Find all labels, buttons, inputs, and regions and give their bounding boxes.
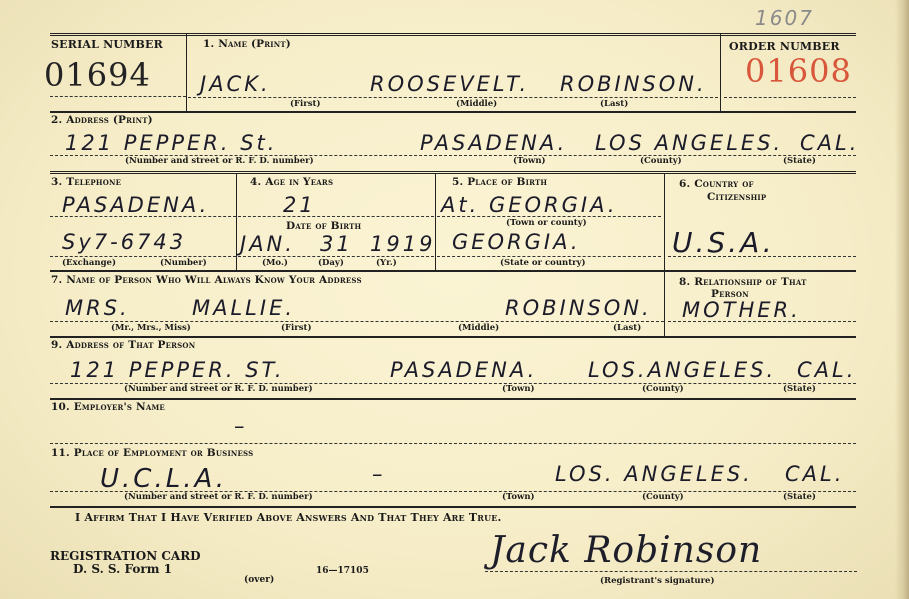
- contact-address-county: LOS.ANGELES.: [588, 358, 776, 382]
- sub-first: (First): [290, 99, 321, 109]
- sub-day: (Day): [318, 258, 344, 268]
- sub-exchange: (Exchange): [62, 258, 116, 268]
- telephone-label: 3. Telephone: [51, 176, 121, 188]
- rule: [50, 336, 856, 338]
- rule: [50, 398, 856, 400]
- top-rule: [50, 33, 856, 37]
- dash: [238, 216, 434, 217]
- contact-label: 7. Name of Person Who Will Always Know Y…: [51, 274, 362, 286]
- age-value: 21: [283, 193, 316, 217]
- birthplace-town: At. GEORGIA.: [441, 193, 618, 217]
- registration-card: 1607 SERIAL NUMBER 01694 1. Name (Print)…: [0, 0, 909, 599]
- dash: [437, 256, 661, 257]
- employment-town: –: [372, 462, 386, 486]
- dob-month: JAN.: [240, 232, 295, 256]
- order-number-value: 01608: [745, 52, 852, 90]
- dash: [50, 216, 236, 217]
- over-note: (over): [244, 575, 274, 585]
- card-edge-shadow: [895, 0, 909, 599]
- address-state: CAL.: [800, 131, 859, 155]
- telephone-number: Sy7-6743: [62, 230, 186, 254]
- contact-address-label: 9. Address of That Person: [51, 339, 195, 351]
- employer-value: –: [234, 414, 248, 438]
- sub-last: (Last): [600, 99, 628, 109]
- citizenship-value: U.S.A.: [672, 226, 775, 259]
- employment-street: U.C.L.A.: [100, 464, 227, 494]
- rule: [50, 171, 856, 175]
- name-dash: [188, 97, 718, 98]
- card-title: REGISTRATION CARD: [50, 549, 201, 563]
- dash: [50, 321, 664, 322]
- serial-dash: [50, 96, 186, 97]
- dash: [668, 321, 856, 322]
- affirmation-text: I Affirm That I Have Verified Above Answ…: [75, 511, 502, 524]
- sub-town: (Town): [513, 156, 546, 166]
- form-number: D. S. S. Form 1: [73, 562, 172, 576]
- contact-title: MRS.: [65, 296, 130, 320]
- sub-street: (Number and street or R. F. D. number): [125, 156, 314, 166]
- employer-label: 10. Employer's Name: [51, 401, 165, 413]
- contact-first: MALLIE.: [192, 296, 295, 320]
- address-label: 2. Address (Print): [51, 114, 153, 126]
- order-dash: [724, 97, 856, 98]
- rule: [50, 270, 856, 272]
- citizenship-label-2: Citizenship: [707, 191, 766, 203]
- sub-state-or-country: (State or country): [500, 258, 586, 268]
- age-label: 4. Age in Years: [250, 176, 333, 188]
- employment-county: LOS. ANGELES.: [555, 462, 753, 486]
- sub-street: (Number and street or R. F. D. number): [124, 492, 313, 502]
- sub-town: (Town): [502, 384, 535, 394]
- sub-state: (State): [783, 492, 816, 502]
- dob-year: 1919: [370, 232, 435, 256]
- name-middle: ROOSEVELT.: [370, 72, 529, 96]
- divider: [236, 174, 237, 270]
- dob-day: 31: [320, 232, 353, 256]
- sub-last: (Last): [613, 323, 641, 333]
- sub-county: (County): [642, 384, 684, 394]
- dash: [50, 256, 236, 257]
- sub-county: (County): [640, 156, 682, 166]
- sub-state: (State): [783, 156, 816, 166]
- registrant-signature: Jack Robinson: [490, 530, 762, 571]
- rule: [50, 111, 856, 113]
- employment-label: 11. Place of Employment or Business: [51, 447, 253, 459]
- address-county: LOS ANGELES.: [595, 131, 783, 155]
- citizenship-label: 6. Country of: [679, 178, 754, 190]
- sub-middle: (Middle): [456, 99, 497, 109]
- divider: [186, 34, 187, 111]
- sub-middle: (Middle): [458, 323, 499, 333]
- birthplace-label: 5. Place of Birth: [452, 176, 547, 188]
- birthplace-state: GEORGIA.: [452, 230, 581, 254]
- contact-last: ROBINSON.: [505, 296, 652, 320]
- contact-address-state: CAL.: [797, 358, 856, 382]
- rule: [50, 506, 856, 508]
- sub-town-or-county: (Town or county): [506, 218, 587, 228]
- dash: [437, 216, 661, 217]
- relationship-value: MOTHER.: [682, 298, 801, 322]
- sub-number: (Number): [160, 258, 207, 268]
- signature-label: (Registrant's signature): [600, 576, 714, 586]
- dash: [668, 256, 856, 257]
- telephone-exchange-name: PASADENA.: [62, 193, 209, 217]
- relationship-label: 8. Relationship of That: [679, 276, 807, 288]
- address-street: 121 PEPPER. St.: [65, 131, 277, 155]
- sub-title: (Mr., Mrs., Miss): [111, 323, 191, 333]
- divider: [664, 174, 665, 270]
- print-code: 16—17105: [316, 566, 369, 576]
- name-last: ROBINSON.: [560, 72, 707, 96]
- employment-state: CAL.: [785, 462, 844, 486]
- serial-number-value: 01694: [44, 56, 151, 94]
- sub-town: (Town): [502, 492, 535, 502]
- name-first: JACK.: [200, 72, 271, 96]
- signature-dash: [485, 571, 857, 572]
- sub-county: (County): [642, 492, 684, 502]
- dob-label: Date of Birth: [286, 220, 361, 232]
- sub-first: (First): [281, 323, 312, 333]
- divider: [435, 174, 436, 270]
- sub-street: (Number and street or R. F. D. number): [124, 384, 313, 394]
- contact-address-town: PASADENA.: [390, 358, 537, 382]
- divider: [664, 270, 665, 336]
- name-label: 1. Name (Print): [203, 38, 291, 50]
- sub-state: (State): [783, 384, 816, 394]
- divider: [720, 34, 721, 111]
- sub-mo: (Mo.): [262, 258, 288, 268]
- address-town: PASADENA.: [420, 131, 567, 155]
- serial-number-label: SERIAL NUMBER: [51, 38, 163, 51]
- dash: [50, 443, 856, 444]
- dash: [238, 256, 434, 257]
- contact-address-street: 121 PEPPER. ST.: [70, 358, 285, 382]
- pencil-note: 1607: [755, 6, 814, 30]
- sub-yr: (Yr.): [376, 258, 397, 268]
